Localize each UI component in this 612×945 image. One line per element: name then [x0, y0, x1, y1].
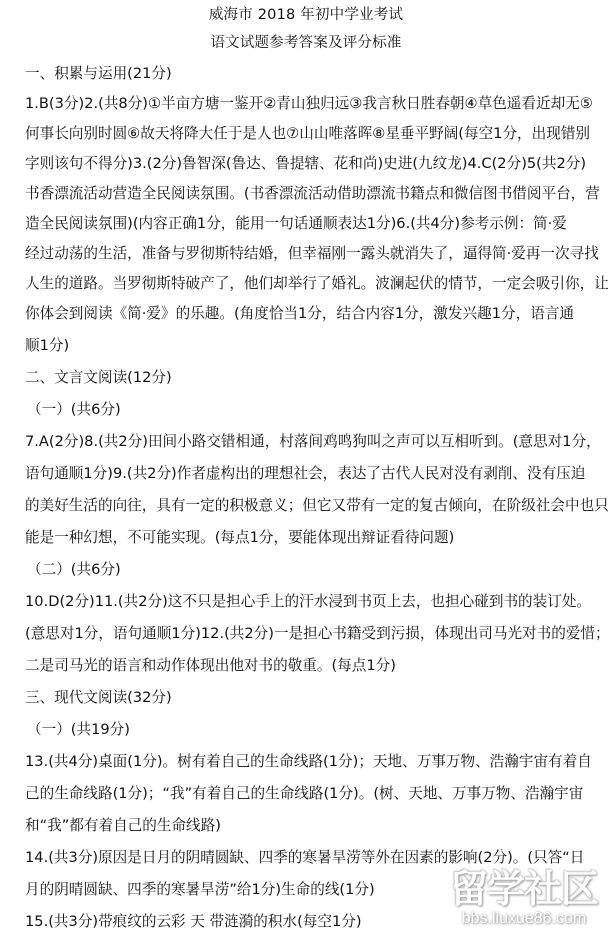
answer-line: (意思对1分，语句通顺1分)12.(共2分)一是担心书籍受到污损，体现出司马光对…: [25, 624, 590, 644]
subsection-heading: （一）(共6分): [27, 400, 592, 420]
answer-line: 1.B(3分)2.(共8分)①半亩方塘一鉴开②青山独归远③我言秋日胜春朝④草色遥…: [25, 94, 590, 114]
answer-line: 15.(共3分)带痕纹的云彩 天 带涟漪的积水(每空1分): [25, 912, 590, 932]
answer-line: 能是一种幻想，不可能实现。(每点1分，要能体现出辩证看待问题): [25, 528, 590, 548]
answer-line: 和“我”都有着自己的生命线路): [25, 816, 590, 836]
section-heading-3: 三、现代文阅读(32分): [25, 688, 590, 708]
answer-line: 造全民阅读氛围)(内容正确1分，能用一句话通顺表达1分)6.(共4分)参考示例：…: [25, 214, 590, 234]
answer-line: 7.A(2分)8.(共2分)田间小路交错相通，村落间鸡鸣狗叫之声可以互相听到。(…: [25, 432, 590, 452]
document-title: 威海市 2018 年初中学业考试: [0, 5, 612, 25]
document-page: 威海市 2018 年初中学业考试 语文试题参考答案及评分标准 一、积累与运用(2…: [0, 0, 612, 945]
answer-line: 你体会到阅读《简·爱》的乐趣。(角度恰当1分，结合内容1分，激发兴趣1分，语言通: [25, 304, 590, 324]
answer-line: 经过动荡的生活，准备与罗彻斯特结婚，但幸福刚一露头就消失了，逼得简·爱再一次寻找: [25, 244, 590, 264]
answer-line: 月的阴晴圆缺、四季的寒暑旱涝”给1分)生命的线(1分): [25, 880, 590, 900]
answer-line: 的美好生活的向往，具有一定的积极意义；但它又带有一定的复古倾向，在阶级社会中也只: [25, 496, 590, 516]
document-subtitle: 语文试题参考答案及评分标准: [0, 33, 612, 53]
answer-line: 书香漂流活动营造全民阅读氛围。(书香漂流活动借助漂流书籍点和微信图书借阅平台，营: [25, 184, 590, 204]
answer-line: 人生的道路。当罗彻斯特破产了，他们却举行了婚礼。波澜起伏的情节，一定会吸引你，让: [25, 274, 590, 294]
answer-line: 何事长向别时圆⑥故天将降大任于是人也⑦山山唯落晖⑧星垂平野阔(每空1分，出现错别: [25, 124, 590, 144]
section-heading-1: 一、积累与运用(21分): [25, 64, 590, 84]
subsection-heading: （一）(共19分): [27, 720, 592, 740]
answer-line: 语句通顺1分)9.(共2分)作者虚构出的理想社会，表达了古代人民对没有剥削、没有…: [25, 464, 590, 484]
answer-line: 14.(共3分)原因是日月的阴晴圆缺、四季的寒暑旱涝等外在因素的影响(2分)。(…: [25, 848, 590, 868]
answer-line: 字则该句不得分)3.(2分)鲁智深(鲁达、鲁提辖、花和尚)史进(九纹龙)4.C(…: [25, 154, 590, 174]
answer-line: 己的生命线路(1分)；“我”有着自己的生命线路(1分)。(树、天地、万事万物、浩…: [25, 784, 590, 804]
answer-line: 二是司马光的语言和动作体现出他对书的敬重。(每点1分): [25, 656, 590, 676]
section-heading-2: 二、文言文阅读(12分): [25, 368, 590, 388]
subsection-heading: （二）(共6分): [27, 560, 592, 580]
answer-line: 10.D(2分)11.(共2分)这不只是担心手上的汗水浸到书页上去，也担心碰到书…: [25, 592, 590, 612]
answer-line: 顺1分): [25, 336, 590, 356]
answer-line: 13.(共4分)桌面(1分)。树有着自己的生命线路(1分)；天地、万事万物、浩瀚…: [25, 752, 590, 772]
